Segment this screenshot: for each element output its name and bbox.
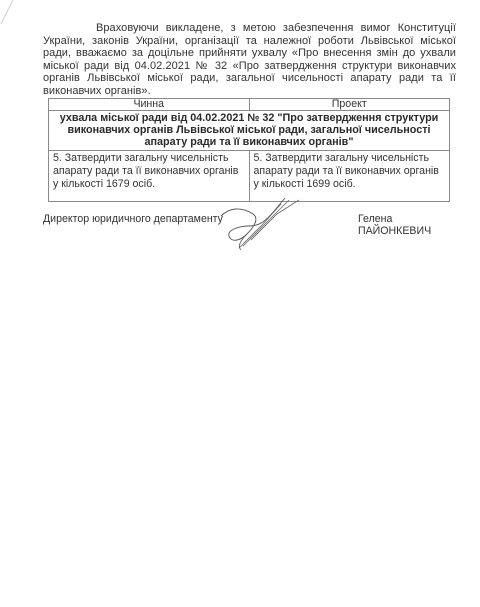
proposed-clause-cell: 5. Затвердити загальну чисельність апара… xyxy=(249,151,450,202)
table-header-row: Чинна Проект xyxy=(49,99,450,111)
table-row: 5. Затвердити загальну чисельність апара… xyxy=(49,151,450,202)
handwritten-signature xyxy=(219,196,303,256)
current-clause-cell: 5. Затвердити загальну чисельність апара… xyxy=(49,151,250,202)
comparison-table: Чинна Проект ухвала міської ради від 04.… xyxy=(48,98,450,202)
signature-block: Директор юридичного департаменту Гелена … xyxy=(43,213,463,253)
column-header-current: Чинна xyxy=(49,99,250,111)
scan-edge-mark xyxy=(0,0,14,26)
signatory-position: Директор юридичного департаменту xyxy=(43,213,223,225)
column-header-proposed: Проект xyxy=(249,99,450,111)
intro-paragraph: Враховуючи викладене, з метою забезпечен… xyxy=(43,22,456,97)
resolution-title: ухвала міської ради від 04.02.2021 № 32 … xyxy=(49,111,450,151)
signatory-name: Гелена ПАЙОНКЕВИЧ xyxy=(358,213,463,237)
table-title-row: ухвала міської ради від 04.02.2021 № 32 … xyxy=(49,111,450,151)
